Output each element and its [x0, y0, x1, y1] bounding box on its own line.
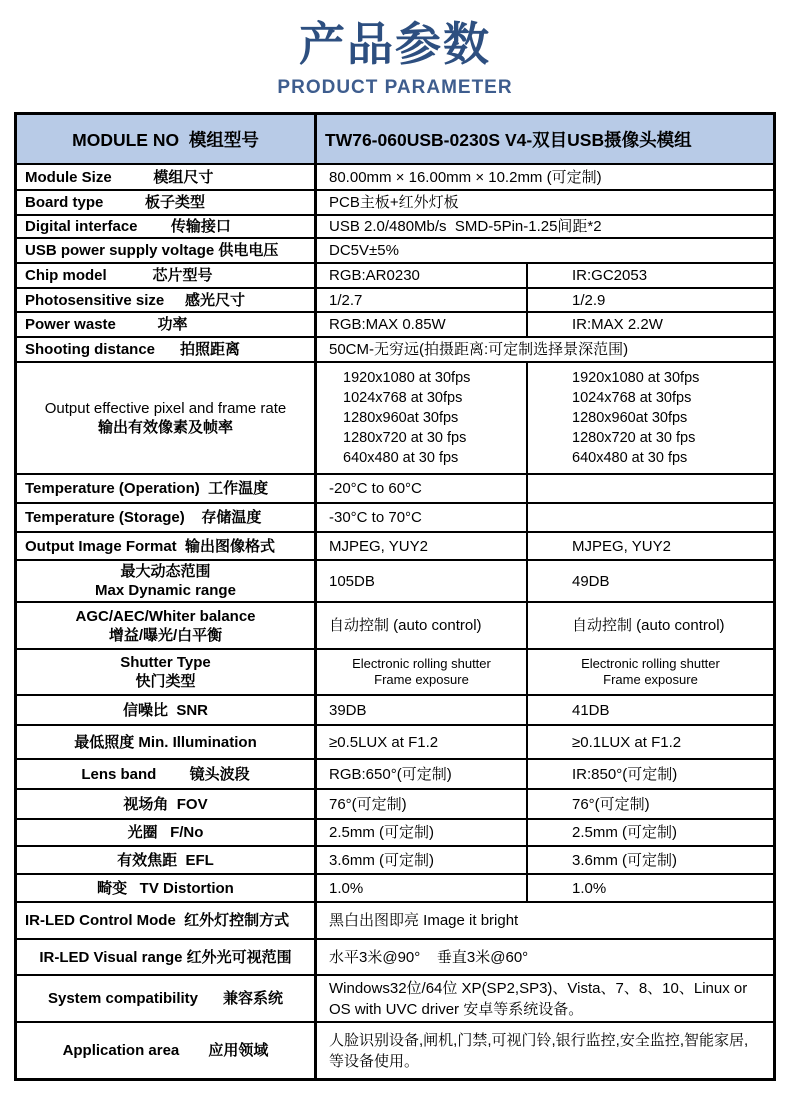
module-no-label: MODULE NO 模组型号 [17, 115, 317, 163]
spec-value: 76°(可定制) [528, 790, 773, 818]
table-row: 光圈 F/No2.5mm (可定制)2.5mm (可定制) [17, 818, 773, 845]
spec-label: 有效焦距 EFL [17, 847, 317, 873]
spec-label-line: IR-LED Control Mode 红外灯控制方式 [25, 911, 289, 930]
table-row: Module Size 模组尺寸80.00mm × 16.00mm × 10.2… [17, 163, 773, 189]
spec-label-line: Application area 应用领域 [63, 1041, 269, 1060]
table-row: Digital interface 传输接口USB 2.0/480Mb/s SM… [17, 214, 773, 237]
spec-value: USB 2.0/480Mb/s SMD-5Pin-1.25间距*2 [317, 216, 773, 237]
page-subtitle: PRODUCT PARAMETER [0, 76, 790, 100]
spec-label: 光圈 F/No [17, 820, 317, 845]
spec-label: Board type 板子类型 [17, 191, 317, 214]
spec-label: Power waste 功率 [17, 313, 317, 336]
spec-value: 41DB [528, 696, 773, 724]
spec-label-line: Temperature (Operation) 工作温度 [25, 479, 268, 498]
table-row: Output Image Format 输出图像格式MJPEG, YUY2MJP… [17, 531, 773, 559]
spec-label-line: 增益/曝光/白平衡 [109, 626, 222, 645]
spec-value: PCB主板+红外灯板 [317, 191, 773, 214]
spec-value: 水平3米@90° 垂直3米@60° [317, 940, 773, 974]
spec-value: MJPEG, YUY2 [317, 533, 528, 559]
spec-label-line: 最大动态范围 [120, 562, 210, 581]
spec-value: Electronic rolling shutter Frame exposur… [528, 650, 773, 694]
spec-label-line: 视场角 FOV [123, 795, 207, 814]
spec-value: 80.00mm × 16.00mm × 10.2mm (可定制) [317, 165, 773, 189]
spec-value: 49DB [528, 561, 773, 601]
page-title: 产品参数 [0, 14, 790, 74]
spec-label: IR-LED Control Mode 红外灯控制方式 [17, 903, 317, 938]
spec-value: 1/2.7 [317, 289, 528, 311]
spec-label-line: Max Dynamic range [95, 581, 236, 600]
spec-label-line: Temperature (Storage) 存储温度 [25, 508, 261, 527]
spec-table: MODULE NO 模组型号 TW76-060USB-0230S V4-双目US… [14, 112, 776, 1081]
spec-value: -20°C to 60°C [317, 475, 528, 502]
spec-label: Lens band 镜头波段 [17, 760, 317, 788]
spec-label: AGC/AEC/Whiter balance增益/曝光/白平衡 [17, 603, 317, 648]
spec-value: IR:GC2053 [528, 264, 773, 287]
spec-value: 黑白出图即亮 Image it bright [317, 903, 773, 938]
spec-label: 畸变 TV Distortion [17, 875, 317, 901]
spec-value: 2.5mm (可定制) [528, 820, 773, 845]
spec-label: Temperature (Storage) 存储温度 [17, 504, 317, 531]
table-row: AGC/AEC/Whiter balance增益/曝光/白平衡自动控制 (aut… [17, 601, 773, 648]
spec-label: USB power supply voltage 供电电压 [17, 239, 317, 262]
spec-value: 50CM-无穷远(拍摄距离:可定制选择景深范围) [317, 338, 773, 361]
spec-label: Shooting distance 拍照距离 [17, 338, 317, 361]
spec-label: System compatibility 兼容系统 [17, 976, 317, 1021]
spec-value: -30°C to 70°C [317, 504, 528, 531]
table-row: Lens band 镜头波段RGB:650°(可定制)IR:850°(可定制) [17, 758, 773, 788]
spec-label: Photosensitive size 感光尺寸 [17, 289, 317, 311]
table-row: Photosensitive size 感光尺寸1/2.71/2.9 [17, 287, 773, 311]
module-no-value: TW76-060USB-0230S V4-双目USB摄像头模组 [317, 115, 773, 163]
spec-label: Output effective pixel and frame rate输出有… [17, 363, 317, 473]
spec-label-line: 光圈 F/No [128, 823, 204, 842]
spec-label: IR-LED Visual range 红外光可视范围 [17, 940, 317, 974]
spec-label-line: 有效焦距 EFL [117, 851, 214, 870]
spec-value: 2.5mm (可定制) [317, 820, 528, 845]
spec-label: Output Image Format 输出图像格式 [17, 533, 317, 559]
spec-value: 1.0% [317, 875, 528, 901]
spec-label-line: AGC/AEC/Whiter balance [75, 607, 255, 626]
spec-value: 39DB [317, 696, 528, 724]
table-row: Application area 应用领域人脸识别设备,闸机,门禁,可视门铃,银… [17, 1021, 773, 1078]
spec-label: Application area 应用领域 [17, 1023, 317, 1078]
spec-value: RGB:MAX 0.85W [317, 313, 528, 336]
spec-value: 76°(可定制) [317, 790, 528, 818]
spec-value: 1920x1080 at 30fps 1024x768 at 30fps 128… [317, 363, 528, 473]
spec-value [528, 475, 773, 502]
spec-label-line: Photosensitive size 感光尺寸 [25, 291, 245, 310]
table-row: IR-LED Visual range 红外光可视范围水平3米@90° 垂直3米… [17, 938, 773, 974]
table-row: Shutter Type快门类型Electronic rolling shutt… [17, 648, 773, 694]
spec-value: 人脸识别设备,闸机,门禁,可视门铃,银行监控,安全监控,智能家居,等设备使用。 [317, 1023, 773, 1078]
spec-value: ≥0.5LUX at F1.2 [317, 726, 528, 758]
table-row: 最低照度 Min. Illumination≥0.5LUX at F1.2≥0.… [17, 724, 773, 758]
table-row: Shooting distance 拍照距离50CM-无穷远(拍摄距离:可定制选… [17, 336, 773, 361]
spec-value: IR:MAX 2.2W [528, 313, 773, 336]
spec-value: 3.6mm (可定制) [528, 847, 773, 873]
spec-value: 105DB [317, 561, 528, 601]
table-row: 有效焦距 EFL3.6mm (可定制)3.6mm (可定制) [17, 845, 773, 873]
spec-value: Windows32位/64位 XP(SP2,SP3)、Vista、7、8、10、… [317, 976, 773, 1021]
spec-label-line: Shooting distance 拍照距离 [25, 340, 240, 359]
spec-value [528, 504, 773, 531]
spec-label-line: 最低照度 Min. Illumination [74, 733, 257, 752]
table-row: USB power supply voltage 供电电压DC5V±5% [17, 237, 773, 262]
spec-label-line: Lens band 镜头波段 [81, 765, 249, 784]
spec-value: 3.6mm (可定制) [317, 847, 528, 873]
spec-label-line: Board type 板子类型 [25, 193, 205, 212]
spec-value: 1/2.9 [528, 289, 773, 311]
table-header-row: MODULE NO 模组型号 TW76-060USB-0230S V4-双目US… [17, 115, 773, 163]
table-row: Temperature (Operation) 工作温度-20°C to 60°… [17, 473, 773, 502]
spec-label-line: 信噪比 SNR [123, 701, 208, 720]
spec-label: Temperature (Operation) 工作温度 [17, 475, 317, 502]
spec-label-line: USB power supply voltage 供电电压 [25, 241, 278, 260]
spec-value: DC5V±5% [317, 239, 773, 262]
product-parameter-page: 产品参数 PRODUCT PARAMETER MODULE NO 模组型号 TW… [0, 0, 790, 1101]
spec-value: RGB:650°(可定制) [317, 760, 528, 788]
spec-label: 最低照度 Min. Illumination [17, 726, 317, 758]
spec-label-line: 快门类型 [135, 672, 195, 691]
spec-value: 1.0% [528, 875, 773, 901]
spec-label-line: 输出有效像素及帧率 [98, 418, 233, 437]
spec-label-line: Digital interface 传输接口 [25, 217, 231, 236]
table-row: System compatibility 兼容系统Windows32位/64位 … [17, 974, 773, 1021]
spec-value: ≥0.1LUX at F1.2 [528, 726, 773, 758]
spec-label-line: System compatibility 兼容系统 [48, 989, 283, 1008]
spec-value: IR:850°(可定制) [528, 760, 773, 788]
table-row: 信噪比 SNR39DB41DB [17, 694, 773, 724]
spec-label: 最大动态范围Max Dynamic range [17, 561, 317, 601]
spec-value: MJPEG, YUY2 [528, 533, 773, 559]
spec-label-line: Power waste 功率 [25, 315, 188, 334]
spec-label: Shutter Type快门类型 [17, 650, 317, 694]
table-row: Output effective pixel and frame rate输出有… [17, 361, 773, 473]
spec-label-line: Module Size 模组尺寸 [25, 168, 213, 187]
spec-label: 信噪比 SNR [17, 696, 317, 724]
spec-label: Module Size 模组尺寸 [17, 165, 317, 189]
spec-label-line: Chip model 芯片型号 [25, 266, 213, 285]
spec-value: Electronic rolling shutter Frame exposur… [317, 650, 528, 694]
spec-label-line: Output Image Format 输出图像格式 [25, 537, 275, 556]
table-row: 畸变 TV Distortion1.0%1.0% [17, 873, 773, 901]
spec-label-line: Output effective pixel and frame rate [45, 399, 287, 418]
spec-label-line: IR-LED Visual range 红外光可视范围 [39, 948, 291, 967]
spec-label-line: 畸变 TV Distortion [97, 879, 234, 898]
spec-value: 自动控制 (auto control) [317, 603, 528, 648]
table-row: 视场角 FOV76°(可定制)76°(可定制) [17, 788, 773, 818]
spec-label: 视场角 FOV [17, 790, 317, 818]
table-row: 最大动态范围Max Dynamic range105DB49DB [17, 559, 773, 601]
spec-value: RGB:AR0230 [317, 264, 528, 287]
table-row: Power waste 功率RGB:MAX 0.85WIR:MAX 2.2W [17, 311, 773, 336]
table-row: Temperature (Storage) 存储温度-30°C to 70°C [17, 502, 773, 531]
spec-label: Digital interface 传输接口 [17, 216, 317, 237]
spec-value: 1920x1080 at 30fps 1024x768 at 30fps 128… [528, 363, 773, 473]
spec-label-line: Shutter Type [120, 653, 211, 672]
table-row: Board type 板子类型PCB主板+红外灯板 [17, 189, 773, 214]
spec-label: Chip model 芯片型号 [17, 264, 317, 287]
table-row: IR-LED Control Mode 红外灯控制方式黑白出图即亮 Image … [17, 901, 773, 938]
table-row: Chip model 芯片型号RGB:AR0230IR:GC2053 [17, 262, 773, 287]
spec-value: 自动控制 (auto control) [528, 603, 773, 648]
